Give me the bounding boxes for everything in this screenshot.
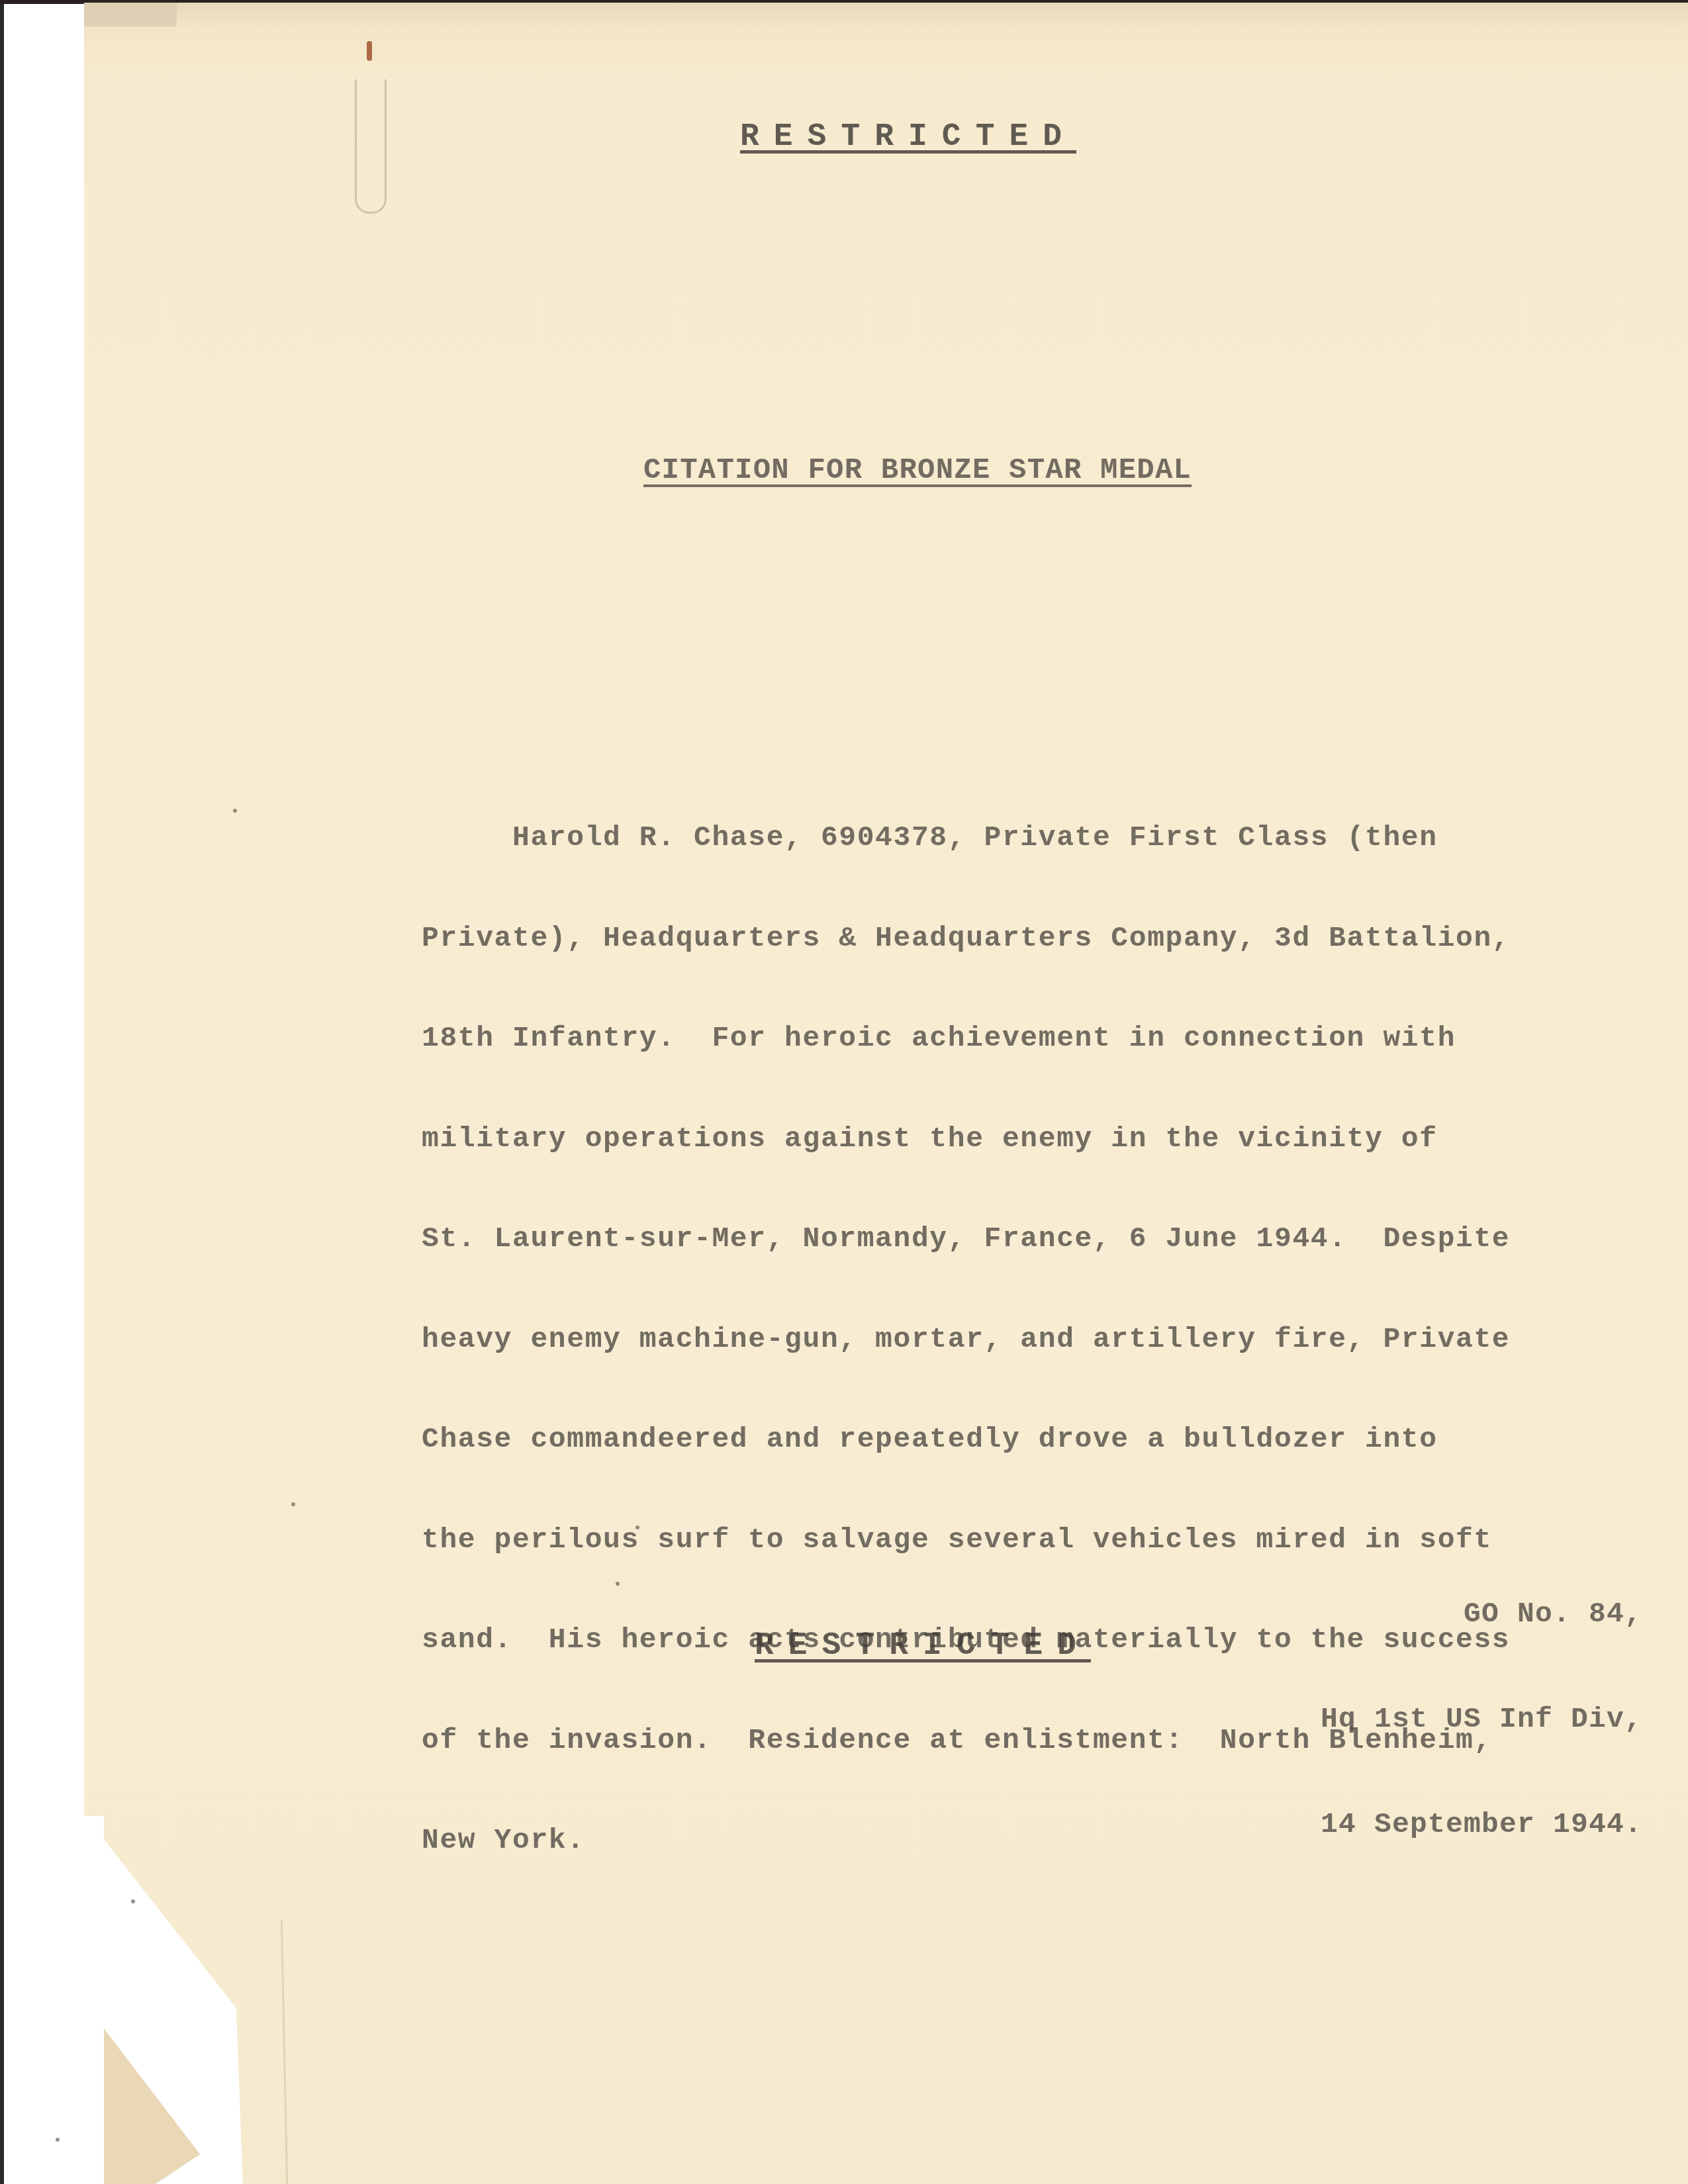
paper-speck bbox=[291, 1502, 295, 1506]
body-line: heavy enemy machine-gun, mortar, and art… bbox=[422, 1323, 1510, 1357]
document-title: CITATION FOR BRONZE STAR MEDAL bbox=[643, 454, 1192, 487]
scanner-speck bbox=[56, 2138, 60, 2142]
order-date: 14 September 1944. bbox=[1321, 1807, 1642, 1842]
paper-torn-corner bbox=[84, 3, 177, 26]
issuing-unit: Hq 1st US Inf Div, bbox=[1321, 1702, 1642, 1737]
body-line: Private), Headquarters & Headquarters Co… bbox=[422, 922, 1510, 956]
body-line: St. Laurent-sur-Mer, Normandy, France, 6… bbox=[422, 1222, 1510, 1256]
body-line: military operations against the enemy in… bbox=[422, 1122, 1510, 1156]
paper-speck bbox=[635, 1525, 639, 1529]
paper-speck bbox=[131, 1899, 135, 1903]
paperclip-mark-icon bbox=[355, 79, 387, 214]
paper-speck bbox=[233, 809, 237, 813]
scan-border-left bbox=[0, 0, 4, 2184]
header-classification-marking: RESTRICTED bbox=[740, 119, 1076, 155]
body-line: 18th Infantry. For heroic achievement in… bbox=[422, 1022, 1510, 1056]
rust-stain bbox=[367, 41, 372, 61]
general-order-reference: GO No. 84, Hq 1st US Inf Div, 14 Septemb… bbox=[1321, 1526, 1642, 1877]
body-line: Harold R. Chase, 6904378, Private First … bbox=[422, 821, 1510, 855]
folded-corner bbox=[104, 2028, 203, 2184]
body-line: Chase commandeered and repeatedly drove … bbox=[422, 1423, 1510, 1457]
paper-speck bbox=[616, 1582, 620, 1586]
footer-classification-marking: RESTRICTED bbox=[755, 1628, 1091, 1664]
order-number: GO No. 84, bbox=[1321, 1596, 1642, 1631]
